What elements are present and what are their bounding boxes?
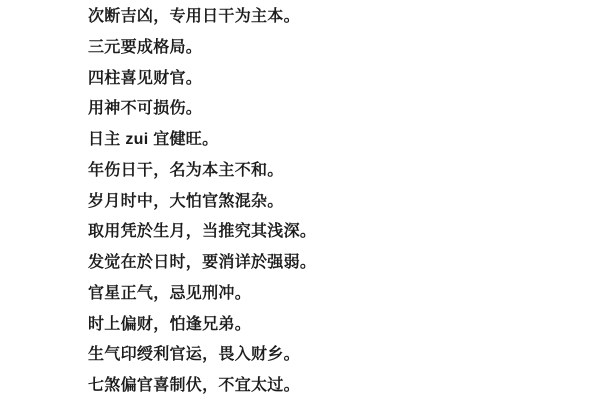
text-line: 四柱喜见财官。: [88, 64, 588, 95]
article-body: 次断吉凶，专用日干为主本。 三元要成格局。 四柱喜见财官。 用神不可损伤。 日主…: [88, 0, 588, 400]
text-line: 日主 zui 宜健旺。: [88, 125, 588, 156]
text-line: 取用凭於生月，当推究其浅深。: [88, 217, 588, 248]
text-line: 次断吉凶，专用日干为主本。: [88, 2, 588, 33]
text-line: 用神不可损伤。: [88, 94, 588, 125]
text-line: 生气印绶利官运，畏入财乡。: [88, 340, 588, 371]
text-line: 七煞偏官喜制伏，不宜太过。: [88, 371, 588, 400]
text-line: 官星正气，忌见刑冲。: [88, 279, 588, 310]
text-line: 岁月时中，大怕官煞混杂。: [88, 187, 588, 218]
text-line: 三元要成格局。: [88, 33, 588, 64]
text-line: 年伤日干，名为本主不和。: [88, 156, 588, 187]
text-line: 发觉在於日时，要消详於强弱。: [88, 248, 588, 279]
text-line: 时上偏财，怕逢兄弟。: [88, 310, 588, 341]
